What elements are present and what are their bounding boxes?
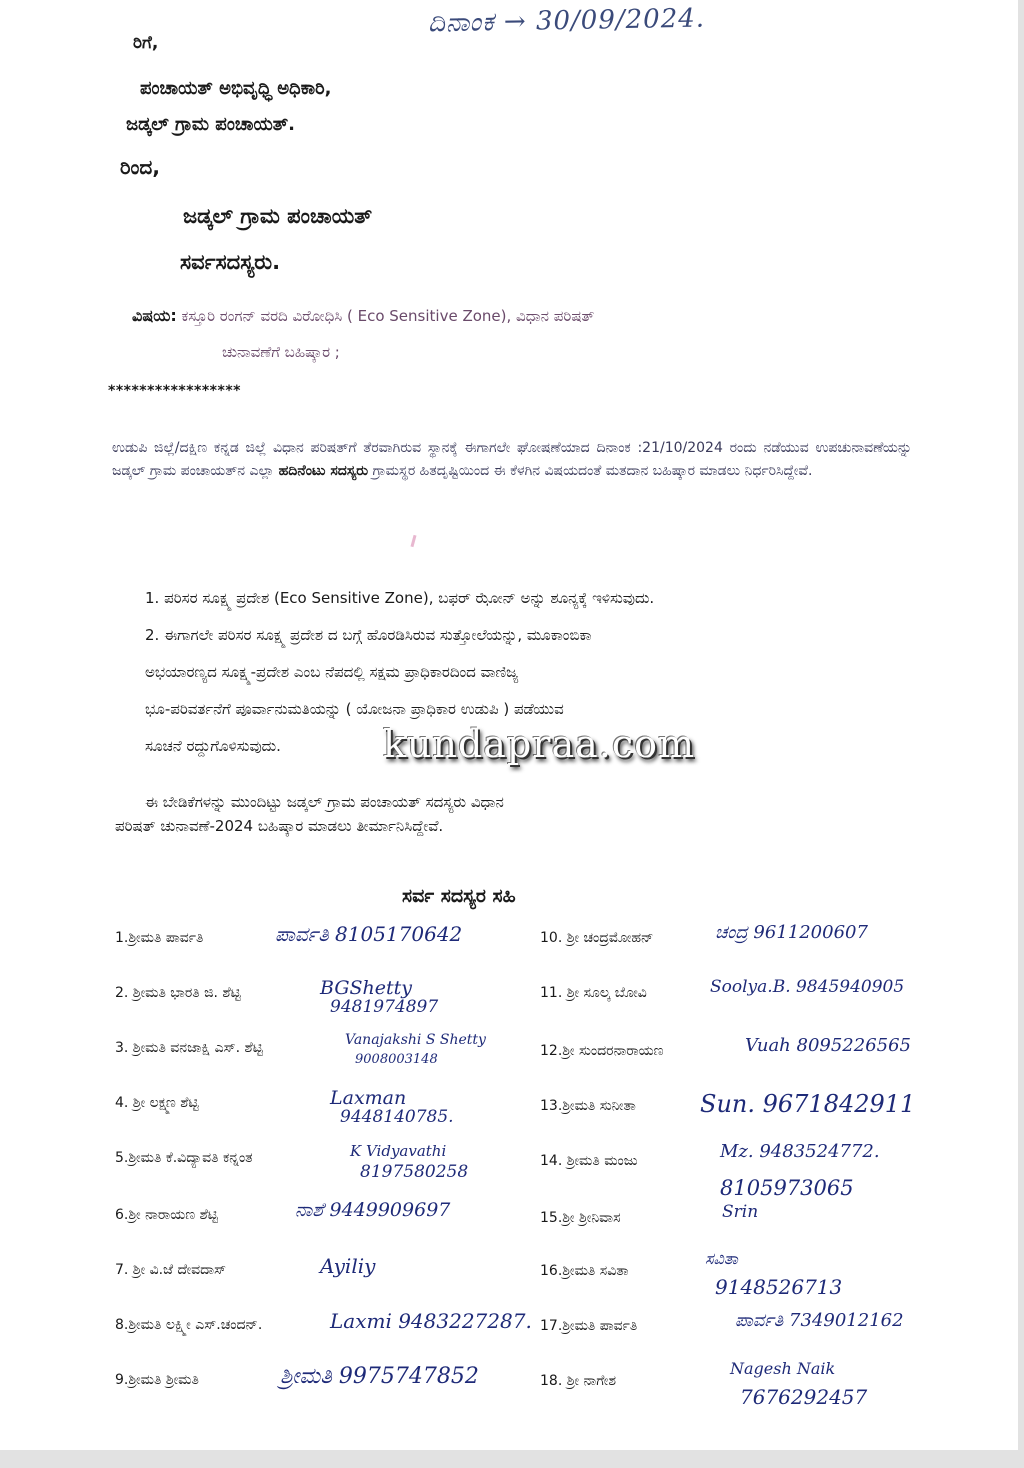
signatory-name: 9.ಶ್ರೀಮತಿ ಶ್ರೀಮತಿ [115,1372,199,1388]
to-label: ರಿಗೆ, [133,33,158,53]
handwritten-phone: 9148526713 [715,1275,842,1299]
recipient-line-1: ಪಂಚಾಯತ್ ಅಭಿವೃಧ್ಧಿ ಅಧಿಕಾರಿ, [140,78,332,99]
handwritten-date: ದಿನಾಂಕ → 30/09/2024. [428,4,706,40]
letter-page: ದಿನಾಂಕ → 30/09/2024. ರಿಗೆ, ಪಂಚಾಯತ್ ಅಭಿವೃ… [0,0,1018,1450]
handwritten-phone: 9008003148 [355,1052,438,1067]
handwritten-signature: ಸವಿತಾ [705,1249,738,1269]
handwritten-signature: Mz. 9483524772. [720,1141,880,1162]
demand-item-2-cont-1: ಅಭಯಾರಣ್ಯದ ಸೂಕ್ಷ್ಮ-ಪ್ರದೇಶ ಎಂಬ ನೆಪದಲ್ಲಿ ಸಕ… [145,654,865,691]
handwritten-signature: BGShetty [320,977,412,999]
subject-label: ವಿಷಯ: [132,306,177,325]
handwritten-signature: Ayiliy [320,1254,375,1278]
subject-line-1: ವಿಷಯ: ಕಸ್ತೂರಿ ರಂಗನ್ ವರದಿ ವಿರೋಧಿಸಿ ( Eco … [132,306,594,326]
signatory-name: 7. ಶ್ರೀ ವಿ.ಜೆ ದೇವದಾಸ್ [115,1262,226,1278]
signatory-name: 17.ಶ್ರೀಮತಿ ಪಾರ್ವತಿ [540,1318,637,1334]
signatory-name: 15.ಶ್ರೀ ಶ್ರೀನಿವಾಸ [540,1210,621,1226]
signatory-name: 3. ಶ್ರೀಮತಿ ವನಜಾಕ್ಷಿ ಎಸ್. ಶೆಟ್ಟಿ [115,1040,263,1056]
subject-text-1: ಕಸ್ತೂರಿ ರಂಗನ್ ವರದಿ ವಿರೋಧಿಸಿ ( Eco Sensit… [182,307,595,325]
sender-line-1: ಜಡ್ಕಲ್ ಗ್ರಾಮ ಪಂಚಾಯತ್ [183,204,372,229]
signatory-name: 10. ಶ್ರೀ ಚಂದ್ರಮೋಹನ್ [540,930,653,946]
signatory-name: 16.ಶ್ರೀಮತಿ ಸವಿತಾ [540,1263,629,1279]
sender-line-2: ಸರ್ವಸದಸ್ಯರು. [180,250,280,275]
signatory-name: 14. ಶ್ರೀಮತಿ ಮಂಜು [540,1153,638,1169]
handwritten-phone: 8105973065 [720,1176,854,1200]
handwritten-signature: ಪಾರ್ವತಿ 8105170642 [275,922,462,946]
watermark: kundapraa.com [383,722,695,766]
recipient-line-2: ಜಡ್ಕಲ್ ಗ್ರಾಮ ಪಂಚಾಯತ್. [126,114,295,135]
handwritten-phone: 9481974897 [330,997,438,1017]
signatory-name: 2. ಶ್ರೀಮತಿ ಭಾರತಿ ಜಿ. ಶೆಟ್ಟಿ [115,985,241,1001]
signatory-name: 11. ಶ್ರೀ ಸೂಲ್ಕ ಬೋವಿ [540,985,647,1001]
handwritten-signature: ನಾಶೆ 9449909697 [295,1199,450,1221]
signatory-name: 4. ಶ್ರೀ ಲಕ್ಷ್ಮಣ ಶೆಟ್ಟಿ [115,1095,199,1111]
separator: ***************** [108,383,241,399]
para2-line-2: ಪರಿಷತ್ ಚುನಾವಣೆ-2024 ಬಹಿಷ್ಕಾರ ಮಾಡಲು ತೀರ್ಮ… [115,814,835,838]
handwritten-signature: Srin [722,1202,758,1222]
signatures-title: ಸರ್ವ ಸದಸ್ಯರ ಸಹಿ [402,885,516,907]
from-label: ರಿಂದ, [120,155,160,179]
handwritten-signature: Soolya.B. 9845940905 [710,977,904,997]
signatory-name: 1.ಶ್ರೀಮತಿ ಪಾರ್ವತಿ [115,930,203,946]
ink-mark [410,535,416,547]
handwritten-signature: ಶ್ರೀಮತಿ 9975747852 [280,1364,479,1389]
signatory-name: 12.ಶ್ರೀ ಸುಂದರನಾರಾಯಣ [540,1043,664,1059]
demand-item-2: 2. ಈಗಾಗಲೇ ಪರಿಸರ ಸೂಕ್ಷ್ಮ ಪ್ರದೇಶ ದ ಬಗ್ಗೆ ಹ… [145,617,865,654]
signatory-name: 13.ಶ್ರೀಮತಿ ಸುನೀತಾ [540,1098,636,1114]
handwritten-signature: Laxmi 9483227287. [330,1309,532,1333]
handwritten-signature: Sun. 9671842911 [700,1090,915,1118]
handwritten-signature: K Vidyavathi [350,1142,446,1160]
handwritten-signature: Laxman [330,1087,406,1109]
body-paragraph-1: ಉಡುಪಿ ಜಿಲ್ಲೆ/ದಕ್ಷಿಣ ಕನ್ನಡ ಜಿಲ್ಲೆ ವಿಧಾನ ಪ… [112,437,912,483]
handwritten-signature: ಪಾರ್ವತಿ 7349012162 [735,1310,904,1331]
para1-part-b: ಗ್ರಾಮಸ್ಥರ ಹಿತದೃಷ್ಟಿಯಿಂದ ಈ ಕೆಳಗಿನ ವಿಷಯದಂತ… [373,463,813,479]
signatory-name: 18. ಶ್ರೀ ನಾಗೇಶ [540,1373,616,1389]
demand-item-1: 1. ಪರಿಸರ ಸೂಕ್ಷ್ಮ ಪ್ರದೇಶ (Eco Sensitive Z… [145,580,865,617]
handwritten-signature: Vanajakshi S Shetty [345,1032,486,1048]
para1-bold: ಹದಿನೆಂಟು ಸದಸ್ಯರು [279,463,368,479]
signatory-name: 6.ಶ್ರೀ ನಾರಾಯಣ ಶೆಟ್ಟಿ [115,1207,218,1223]
subject-line-2: ಚುನಾವಣೆಗೆ ಬಹಿಷ್ಕಾರ ; [222,343,340,361]
para2-line-1: ಈ ಬೇಡಿಕೆಗಳನ್ನು ಮುಂದಿಟ್ಟು ಜಡ್ಕಲ್ ಗ್ರಾಮ ಪಂ… [115,790,835,814]
handwritten-phone: 7676292457 [740,1385,867,1409]
handwritten-phone: 9448140785. [340,1107,454,1127]
handwritten-phone: 8197580258 [360,1162,468,1182]
handwritten-signature: ಚಂದ್ರ 9611200607 [715,922,868,943]
handwritten-signature: Vuah 8095226565 [745,1035,911,1056]
body-paragraph-2: ಈ ಬೇಡಿಕೆಗಳನ್ನು ಮುಂದಿಟ್ಟು ಜಡ್ಕಲ್ ಗ್ರಾಮ ಪಂ… [115,790,835,838]
signatory-name: 5.ಶ್ರೀಮತಿ ಕೆ.ವಿದ್ಯಾವತಿ ಕನ್ನಂತ [115,1150,253,1166]
handwritten-signature: Nagesh Naik [730,1359,835,1378]
signatory-name: 8.ಶ್ರೀಮತಿ ಲಕ್ಷ್ಮೀ ಎಸ್.ಚಂದನ್. [115,1317,262,1333]
